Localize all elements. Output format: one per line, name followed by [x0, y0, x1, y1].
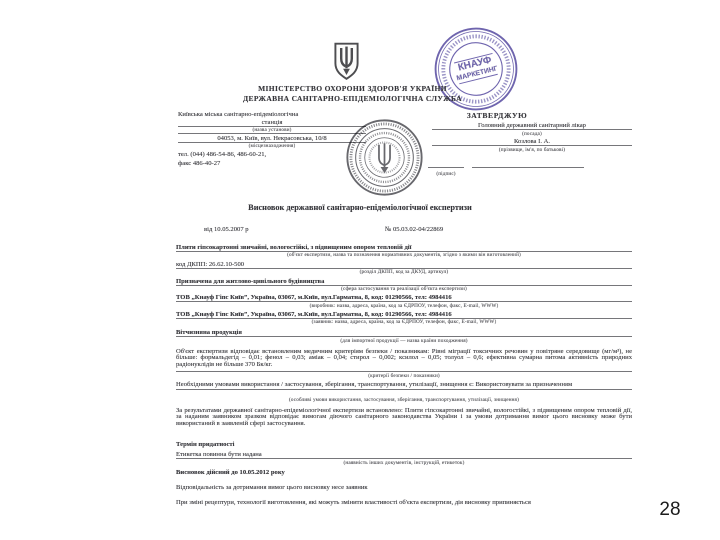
shelf-life-label: Термін придатності — [176, 441, 632, 448]
ministry-name: МІНІСТЕРСТВО ОХОРОНИ ЗДОРОВ'Я УКРАЇНИ — [170, 84, 535, 93]
document-date: від 10.05.2007 р — [204, 226, 249, 233]
presentation-slide: КНАУФ МАРКЕТИНГ МІНІСТЕРСТВО ОХОРОНИ ЗДО… — [0, 0, 720, 540]
official-round-seal-icon — [345, 118, 424, 197]
approver-position-caption: (посада) — [432, 131, 632, 137]
approver-name: Козлова І. А. — [432, 138, 632, 146]
issuer-name: Київська міська санітарно-епідеміологічн… — [178, 111, 366, 118]
document-title: Висновок державної санітарно-епідеміолог… — [130, 203, 590, 212]
criteria-paragraph: Об'єкт експертизи відповідає встановлени… — [176, 349, 632, 372]
ukraine-trident-emblem-icon — [333, 42, 360, 81]
issuer-address: 04053, м. Київ, вул. Некрасовська, 10/8 — [178, 135, 366, 143]
manufacturer-caption: (виробник: назва, адреса, країна, код за… — [176, 303, 632, 309]
signature-line — [428, 167, 464, 168]
conditions-caption: (особливі умови використання, застосуван… — [176, 397, 632, 403]
approver-name-caption: (прізвище, ім'я, по батькові) — [432, 147, 632, 153]
issuer-fax: факс 486-40-27 — [178, 160, 366, 167]
shelf-life-caption: (наявність інших документів, інструкцій,… — [176, 460, 632, 466]
conclusion-paragraph: За результатами державної санітарно-епід… — [176, 408, 632, 428]
issuer-address-caption: (місцезнаходження) — [178, 143, 366, 149]
dkpp-code-caption: (розділ ДКПП, код за ДКУД, артикул) — [176, 269, 632, 275]
issuer-name-caption: (назва установи) — [178, 127, 366, 134]
signature-caption: (підпис) — [426, 171, 466, 177]
responsibility-note: Відповідальність за дотримання вимог цьо… — [176, 484, 632, 491]
applicant-caption: (заявник: назва, адреса, країна, код за … — [176, 319, 632, 325]
criteria-caption: (критерії безпеки / показники) — [176, 373, 632, 379]
recipe-change-note: При зміні рецептури, технології виготовл… — [176, 499, 632, 506]
purpose-caption: (сфера застосування та реалізації об'єкт… — [176, 286, 632, 292]
purpose-value: Призначена для житлово-цивільного будівн… — [176, 278, 632, 286]
origin-caption: (для імпортної продукції — назва країни … — [176, 338, 632, 344]
issuer-name-2: станція — [178, 119, 366, 127]
applicant-value: ТОВ „Кнауф Гіпс Київ”, Україна, 03067, м… — [176, 311, 632, 319]
service-name: ДЕРЖАВНА САНІТАРНО-ЕПІДЕМІОЛОГІЧНА СЛУЖБ… — [170, 94, 535, 103]
manufacturer-value: ТОВ „Кнауф Гіпс Київ”, Україна, 03067, м… — [176, 294, 632, 302]
issuer-phone: тел. (044) 486-54-86, 486-60-21, — [178, 151, 366, 158]
object-caption: (об'єкт експертизи, назва та позначення … — [176, 252, 632, 258]
document-scan: КНАУФ МАРКЕТИНГ МІНІСТЕРСТВО ОХОРОНИ ЗДО… — [0, 0, 720, 540]
document-number: № 05.03.02-04/22869 — [385, 226, 443, 233]
origin-value: Вітчизняна продукція — [176, 329, 632, 337]
object-value: Плити гіпсокартонні звичайні, вологостій… — [176, 244, 632, 252]
shelf-life-value: Етикетка повинна бути надана — [176, 451, 632, 459]
page-number: 28 — [652, 499, 688, 521]
approver-position: Головний державний санітарний лікар — [432, 122, 632, 130]
valid-until: Висновок дійсний до 10.05.2012 року — [176, 469, 632, 476]
dkpp-code: код ДКПП: 26.62.10-500 — [176, 261, 632, 269]
knauf-marketing-stamp-icon: КНАУФ МАРКЕТИНГ — [426, 19, 526, 119]
approve-label: ЗАТВЕРДЖУЮ — [432, 111, 562, 120]
conditions-paragraph: Необхідними умовами використання / засто… — [176, 382, 632, 391]
signature-line-2 — [472, 167, 584, 168]
